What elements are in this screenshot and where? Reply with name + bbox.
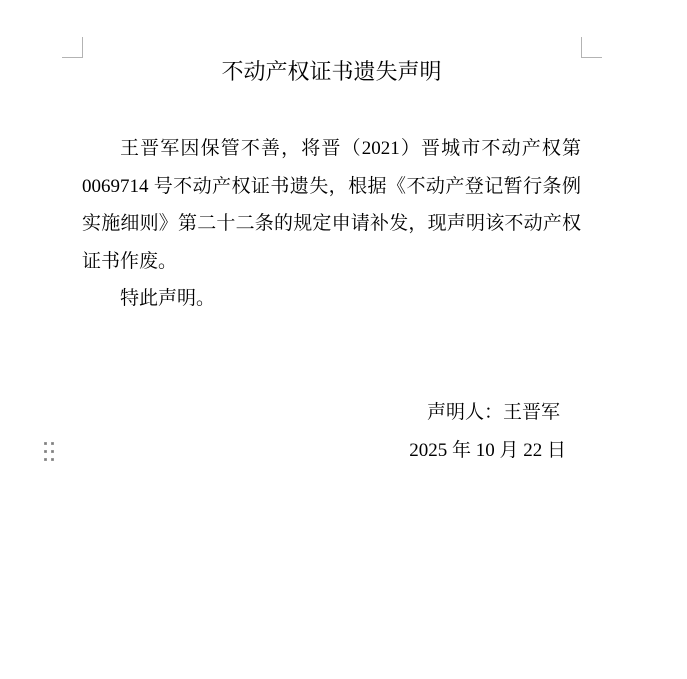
drag-handle-dot bbox=[44, 450, 47, 453]
top-right-margin-crop-mark-icon bbox=[581, 37, 602, 58]
signature-block: 声明人：王晋军 2025 年 10 月 22 日 bbox=[82, 394, 581, 469]
body-line[interactable]: 证书作废。 bbox=[82, 243, 581, 281]
document-body[interactable]: 王晋军因保管不善，将晋（2021）晋城市不动产权第 0069714 号不动产权证… bbox=[82, 130, 581, 318]
declarant-line[interactable]: 声明人：王晋军 bbox=[82, 394, 581, 432]
top-left-margin-crop-mark-icon bbox=[62, 37, 83, 58]
drag-handle-dot bbox=[44, 442, 47, 445]
date-line[interactable]: 2025 年 10 月 22 日 bbox=[82, 432, 581, 470]
document-page[interactable]: 不动产权证书遗失声明 王晋军因保管不善，将晋（2021）晋城市不动产权第 006… bbox=[0, 0, 687, 679]
document-title[interactable]: 不动产权证书遗失声明 bbox=[82, 59, 581, 85]
six-dot-drag-handle-icon[interactable] bbox=[44, 442, 54, 461]
body-line[interactable]: 实施细则》第二十二条的规定申请补发，现声明该不动产权 bbox=[82, 205, 581, 243]
drag-handle-dot bbox=[51, 450, 54, 453]
body-line[interactable]: 0069714 号不动产权证书遗失，根据《不动产登记暂行条例 bbox=[82, 168, 581, 206]
drag-handle-dot bbox=[51, 442, 54, 445]
body-line[interactable]: 特此声明。 bbox=[82, 280, 581, 318]
drag-handle-dot bbox=[51, 458, 54, 461]
body-line[interactable]: 王晋军因保管不善，将晋（2021）晋城市不动产权第 bbox=[82, 130, 581, 168]
drag-handle-dot bbox=[44, 458, 47, 461]
